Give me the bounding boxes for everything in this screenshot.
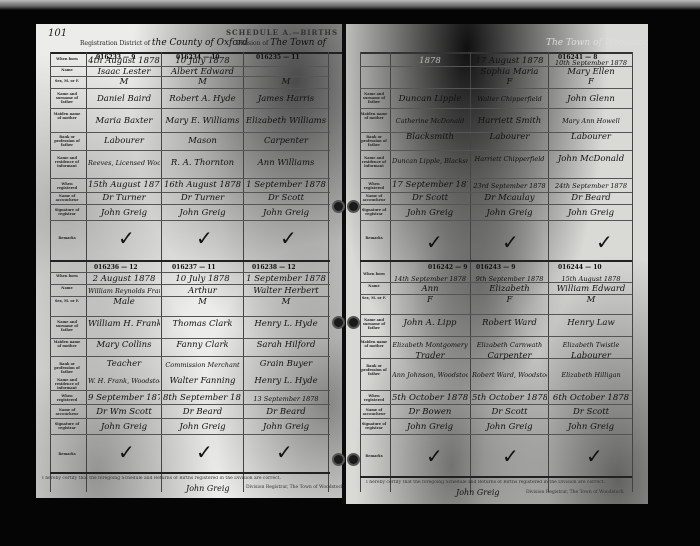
sex: M bbox=[245, 77, 327, 87]
registration-number: 016235 — 11 bbox=[256, 54, 300, 61]
registration-number: 016244 — 10 bbox=[558, 264, 602, 271]
when-registered: 6th October 1878 bbox=[550, 393, 632, 403]
sex: M bbox=[245, 297, 327, 307]
when-registered: 1 September 1878 bbox=[245, 180, 327, 190]
row-label-name: Name bbox=[52, 286, 82, 290]
row-label-informant: Name and residence of informant bbox=[52, 378, 82, 390]
checkmark-icon: ✓ bbox=[118, 440, 135, 464]
row-label-remarks: Remarks bbox=[52, 452, 82, 456]
row-rule bbox=[360, 88, 632, 89]
child-name: Arthur bbox=[163, 286, 242, 296]
registrar-footer: John Greig bbox=[456, 488, 500, 497]
father-occupation: Trader bbox=[392, 351, 468, 361]
row-rule bbox=[360, 434, 632, 435]
informant: Reeves, Licensed Woodstock bbox=[88, 158, 160, 168]
certification-text: I hereby certify that the foregoing Sche… bbox=[42, 476, 322, 481]
accoucheur: Dr Wm Scott bbox=[88, 407, 160, 417]
row-label-registered: When registered bbox=[52, 394, 82, 402]
registration-number: 016236 — 12 bbox=[94, 264, 138, 271]
row-label-remarks: Remarks bbox=[360, 236, 388, 240]
binder-hole bbox=[349, 318, 358, 327]
row-label-name: Name bbox=[360, 284, 388, 288]
registrar-signature: John Greig bbox=[550, 422, 632, 432]
mother-name: Fanny Clark bbox=[163, 340, 242, 350]
mother-name: Elizabeth Carnwath bbox=[472, 340, 547, 350]
subdistrict-header: The Town of Woodstock bbox=[546, 38, 648, 48]
registrar-signature: John Greig bbox=[392, 422, 468, 432]
row-label-remarks: Remarks bbox=[52, 236, 82, 240]
mother-name: Sarah Hilford bbox=[245, 340, 327, 350]
registration-number: 016243 — 9 bbox=[476, 264, 515, 271]
binder-hole bbox=[349, 202, 358, 211]
row-rule bbox=[50, 88, 330, 89]
row-label-registered: When registered bbox=[360, 394, 388, 402]
father-occupation: Carpenter bbox=[472, 351, 547, 361]
checkmark-icon: ✓ bbox=[118, 226, 135, 250]
row-rule bbox=[50, 338, 330, 339]
checkmark-icon: ✓ bbox=[276, 440, 293, 464]
row-label-informant: Name and residence of informant bbox=[360, 156, 388, 168]
father-name: John A. Lipp bbox=[392, 318, 468, 328]
row-rule bbox=[360, 178, 632, 179]
row-label-registered: When registered bbox=[52, 182, 82, 190]
father-name: John Glenn bbox=[550, 94, 632, 104]
registrar-signature: John Greig bbox=[472, 208, 547, 218]
row-rule bbox=[50, 316, 330, 317]
row-label-name: Name bbox=[52, 68, 82, 72]
father-name: James Harris bbox=[245, 94, 327, 104]
schedule-title: SCHEDULE A.—BIRTHS bbox=[226, 28, 338, 37]
sex: F bbox=[472, 77, 547, 87]
registration-number: 016237 — 11 bbox=[172, 264, 216, 271]
checkmark-icon: ✓ bbox=[586, 444, 603, 468]
father-occupation: Teacher bbox=[88, 359, 160, 369]
child-name: Albert Edward bbox=[163, 67, 242, 77]
row-label-occupation: Rank or profession of father bbox=[360, 364, 388, 376]
child-name: William Reynolds Frank bbox=[88, 286, 160, 296]
when-registered: 15th August 1878 bbox=[88, 180, 160, 190]
sex: M bbox=[163, 297, 242, 307]
sex: M bbox=[88, 77, 160, 87]
row-rule bbox=[360, 108, 632, 109]
left-register-page: 101 SCHEDULE A.—BIRTHS Registration Dist… bbox=[36, 24, 342, 498]
when-born: 1878 bbox=[392, 56, 468, 66]
row-label-sex: Sex, M. or F. bbox=[52, 299, 82, 303]
accoucheur: Dr Scott bbox=[392, 193, 468, 203]
father-occupation: Mason bbox=[163, 136, 242, 146]
row-label-accoucheur: Name of accoucheur bbox=[52, 194, 82, 202]
when-born: 4th August 1878 bbox=[88, 56, 160, 66]
right-register-page: The Town of Woodstock Name and surname o… bbox=[346, 24, 648, 504]
father-occupation: Labourer bbox=[550, 351, 632, 361]
block-rule bbox=[360, 476, 632, 478]
row-rule bbox=[360, 336, 632, 337]
row-rule bbox=[50, 204, 330, 205]
father-name: Henry Law bbox=[550, 318, 632, 328]
father-name: Henry L. Hyde bbox=[245, 319, 327, 329]
informant: Ann Johnson, Woodstock bbox=[392, 370, 468, 380]
father-name: Robert A. Hyde bbox=[163, 94, 242, 104]
informant: Ann Williams bbox=[245, 158, 327, 168]
when-registered: 17 September 1878 bbox=[392, 180, 468, 190]
row-label-father: Name and surname of father bbox=[360, 318, 388, 330]
checkmark-icon: ✓ bbox=[596, 230, 613, 254]
mother-name: Mary Collins bbox=[88, 340, 160, 350]
when-registered: 13 September 1878 bbox=[245, 394, 327, 404]
row-label-registrar: Signature of registrar bbox=[52, 422, 82, 430]
child-name: Walter Herbert bbox=[245, 286, 327, 296]
registrar-signature: John Greig bbox=[245, 208, 327, 218]
row-rule bbox=[50, 150, 330, 151]
informant: R. A. Thornton bbox=[163, 158, 242, 168]
when-registered: 16th August 1878 bbox=[163, 180, 242, 190]
checkmark-icon: ✓ bbox=[280, 226, 297, 250]
accoucheur: Dr Turner bbox=[163, 193, 242, 203]
row-label-father: Name and surname of father bbox=[52, 92, 82, 104]
binder-hole bbox=[334, 318, 343, 327]
row-label-sex: Sex, M. or F. bbox=[52, 79, 82, 83]
registrar-signature: John Greig bbox=[392, 208, 468, 218]
informant: Harriett Chipperfield bbox=[472, 154, 547, 164]
footer-signature: John Greig bbox=[456, 488, 500, 497]
mother-name: Mary Ann Howell bbox=[550, 116, 632, 126]
registrar-signature: John Greig bbox=[245, 422, 327, 432]
registrar-signature: John Greig bbox=[163, 422, 242, 432]
row-label-mother: Maiden name of mother bbox=[360, 112, 388, 120]
checkmark-icon: ✓ bbox=[426, 444, 443, 468]
block-rule bbox=[50, 472, 330, 474]
accoucheur: Dr Turner bbox=[88, 193, 160, 203]
row-label-father: Name and surname of father bbox=[52, 320, 82, 332]
mother-name: Harriett Smith bbox=[472, 116, 547, 126]
father-name: William H. Frank bbox=[88, 319, 160, 329]
accoucheur: Dr Scott bbox=[472, 407, 547, 417]
row-rule bbox=[360, 314, 632, 315]
father-name: Daniel Baird bbox=[88, 94, 160, 104]
when-born: 17 August 1878 bbox=[472, 56, 547, 66]
informant: Walter Fanning bbox=[163, 376, 242, 386]
label-column-rule bbox=[390, 52, 391, 492]
row-rule bbox=[360, 404, 632, 405]
father-occupation: Commission Merchant bbox=[163, 360, 242, 370]
row-label-registrar: Signature of registrar bbox=[360, 422, 388, 430]
mother-name: Catherine McDonald bbox=[392, 116, 468, 126]
row-label-mother: Maiden name of mother bbox=[360, 340, 388, 348]
row-rule bbox=[50, 108, 330, 109]
when-born: 9th September 1878 bbox=[472, 274, 547, 284]
registrar-signature: John Greig bbox=[88, 422, 160, 432]
when-registered: 8th September 1878 bbox=[163, 393, 242, 403]
father-occupation: Blacksmith bbox=[392, 132, 468, 142]
mother-name: Mary E. Williams bbox=[163, 116, 242, 126]
informant: Henry L. Hyde bbox=[245, 376, 327, 386]
row-label-occupation: Rank or profession of father bbox=[52, 362, 82, 374]
child-name: Isaac Lester bbox=[88, 67, 160, 77]
sex: F bbox=[392, 295, 468, 305]
when-born: 10 July 1878 bbox=[163, 56, 242, 66]
father-occupation: Labourer bbox=[472, 132, 547, 142]
checkmark-icon: ✓ bbox=[196, 440, 213, 464]
informant: W. H. Frank, Woodstock bbox=[88, 376, 160, 386]
registrar-signature: John Greig bbox=[88, 208, 160, 218]
block-rule bbox=[360, 260, 632, 262]
child-name: Sophia Maria bbox=[472, 67, 547, 77]
row-rule bbox=[360, 220, 632, 221]
row-rule bbox=[50, 404, 330, 405]
row-label-mother: Maiden name of mother bbox=[52, 112, 82, 120]
when-born: 15th August 1878 bbox=[550, 274, 632, 284]
checkmark-icon: ✓ bbox=[426, 230, 443, 254]
informant: Robert Ward, Woodstock bbox=[472, 370, 547, 380]
child-name: Mary Ellen bbox=[550, 67, 632, 77]
binder-hole bbox=[349, 455, 358, 464]
row-rule bbox=[50, 434, 330, 435]
sex: F bbox=[550, 77, 632, 87]
when-registered: 23rd September 1878 bbox=[472, 181, 547, 191]
informant: Duncan Lipple, Blacksmith Woodstock bbox=[392, 156, 468, 166]
row-label-mother: Maiden name of mother bbox=[52, 340, 82, 348]
row-rule bbox=[360, 204, 632, 205]
informant: Elizabeth Hilligan bbox=[550, 370, 632, 380]
registrar-signature: John Greig bbox=[163, 208, 242, 218]
row-rule bbox=[360, 390, 632, 391]
row-rule bbox=[360, 418, 632, 419]
child-name: Ann bbox=[392, 284, 468, 294]
father-name: Walter Chipperfield bbox=[472, 94, 547, 104]
mother-name: Elizabeth Williams bbox=[245, 116, 327, 126]
when-born: 2 August 1878 bbox=[88, 274, 160, 284]
column-rule-3 bbox=[632, 52, 633, 492]
checkmark-icon: ✓ bbox=[196, 226, 213, 250]
page-number-note: 101 bbox=[48, 28, 67, 39]
sex: M bbox=[163, 77, 242, 87]
registrar-signature: John Greig bbox=[472, 422, 547, 432]
sex: Male bbox=[88, 297, 160, 307]
registrar-footer: John Greig bbox=[186, 484, 230, 493]
block-rule bbox=[50, 260, 330, 262]
row-rule bbox=[50, 272, 330, 273]
mother-name: Elizabeth Twistle bbox=[550, 340, 632, 350]
child-name: William Edward bbox=[550, 284, 632, 294]
child-name: Elizabeth bbox=[472, 284, 547, 294]
registrar-signature: John Greig bbox=[550, 208, 632, 218]
row-label-accoucheur: Name of accoucheur bbox=[360, 408, 388, 416]
father-occupation: Grain Buyer bbox=[245, 359, 327, 369]
row-label-when-born: When born bbox=[360, 272, 388, 276]
binder-hole bbox=[334, 202, 343, 211]
accoucheur: Dr Beard bbox=[245, 407, 327, 417]
district-header: Registration District of the County of O… bbox=[80, 38, 248, 48]
sex: M bbox=[550, 295, 632, 305]
row-rule bbox=[360, 150, 632, 151]
row-label-accoucheur: Name of accoucheur bbox=[52, 408, 82, 416]
registration-number: 016242 — 9 bbox=[428, 264, 467, 271]
accoucheur: Dr Bowen bbox=[392, 407, 468, 417]
accoucheur: Dr Beard bbox=[550, 193, 632, 203]
row-label-registrar: Signature of registrar bbox=[52, 208, 82, 216]
father-occupation: Labourer bbox=[550, 132, 632, 142]
accoucheur: Dr Mcaulay bbox=[472, 193, 547, 203]
column-rule-2 bbox=[548, 52, 549, 492]
binder-hole bbox=[334, 455, 343, 464]
scanner-top-edge bbox=[0, 0, 700, 10]
accoucheur: Dr Scott bbox=[550, 407, 632, 417]
row-label-occupation: Rank or profession of father bbox=[52, 135, 82, 147]
accoucheur: Dr Beard bbox=[163, 407, 242, 417]
row-rule bbox=[50, 390, 330, 391]
mother-name: Elizabeth Montgomery bbox=[392, 340, 468, 350]
row-rule bbox=[50, 418, 330, 419]
checkmark-icon: ✓ bbox=[502, 444, 519, 468]
row-label-when-born: When born bbox=[52, 57, 82, 61]
column-rule-1 bbox=[470, 52, 471, 492]
accoucheur: Dr Scott bbox=[245, 193, 327, 203]
row-label-remarks: Remarks bbox=[360, 454, 388, 458]
row-rule bbox=[50, 132, 330, 133]
row-label-sex: Sex, M. or F. bbox=[360, 296, 388, 300]
row-rule bbox=[50, 178, 330, 179]
registration-number: 016238 — 12 bbox=[252, 264, 296, 271]
row-rule bbox=[50, 284, 330, 285]
when-registered: 9 September 1878 bbox=[88, 393, 160, 403]
certification-text: I hereby certify that the foregoing Sche… bbox=[366, 480, 636, 485]
mother-name: Maria Baxter bbox=[88, 116, 160, 126]
when-registered: 5th October 1878 bbox=[392, 393, 468, 403]
father-name: Robert Ward bbox=[472, 318, 547, 328]
when-registered: 24th September 1878 bbox=[550, 181, 632, 191]
row-rule bbox=[50, 356, 330, 357]
row-label-informant: Name and residence of informant bbox=[52, 156, 82, 168]
when-registered: 5th October 1878 bbox=[472, 393, 547, 403]
when-born: 10 July 1878 bbox=[163, 274, 242, 284]
father-occupation: Carpenter bbox=[245, 136, 327, 146]
when-born: 14th September 1878 bbox=[392, 274, 468, 284]
row-label-father: Name and surname of father bbox=[360, 92, 388, 104]
footer-place: Division Registrar, The Town of Woodstoc… bbox=[526, 490, 624, 495]
row-label-registered: When registered bbox=[360, 182, 388, 190]
checkmark-icon: ✓ bbox=[502, 230, 519, 254]
row-rule bbox=[50, 220, 330, 221]
informant: John McDonald bbox=[550, 154, 632, 164]
sex: F bbox=[472, 295, 547, 305]
father-name: Thomas Clark bbox=[163, 319, 242, 329]
when-born: 1 September 1878 bbox=[245, 274, 327, 284]
father-occupation: Labourer bbox=[88, 136, 160, 146]
row-label-occupation: Rank or profession of father bbox=[360, 135, 388, 147]
row-label-registrar: Signature of registrar bbox=[360, 208, 388, 216]
row-label-when-born: When born bbox=[52, 274, 82, 278]
father-name: Duncan Lipple bbox=[392, 94, 468, 104]
footer-signature: John Greig bbox=[186, 484, 230, 493]
footer-place: Division Registrar, The Town of Woodstoc… bbox=[246, 485, 342, 490]
row-label-accoucheur: Name of accoucheur bbox=[360, 194, 388, 202]
subdistrict-header: Division of The Town of bbox=[236, 38, 326, 48]
